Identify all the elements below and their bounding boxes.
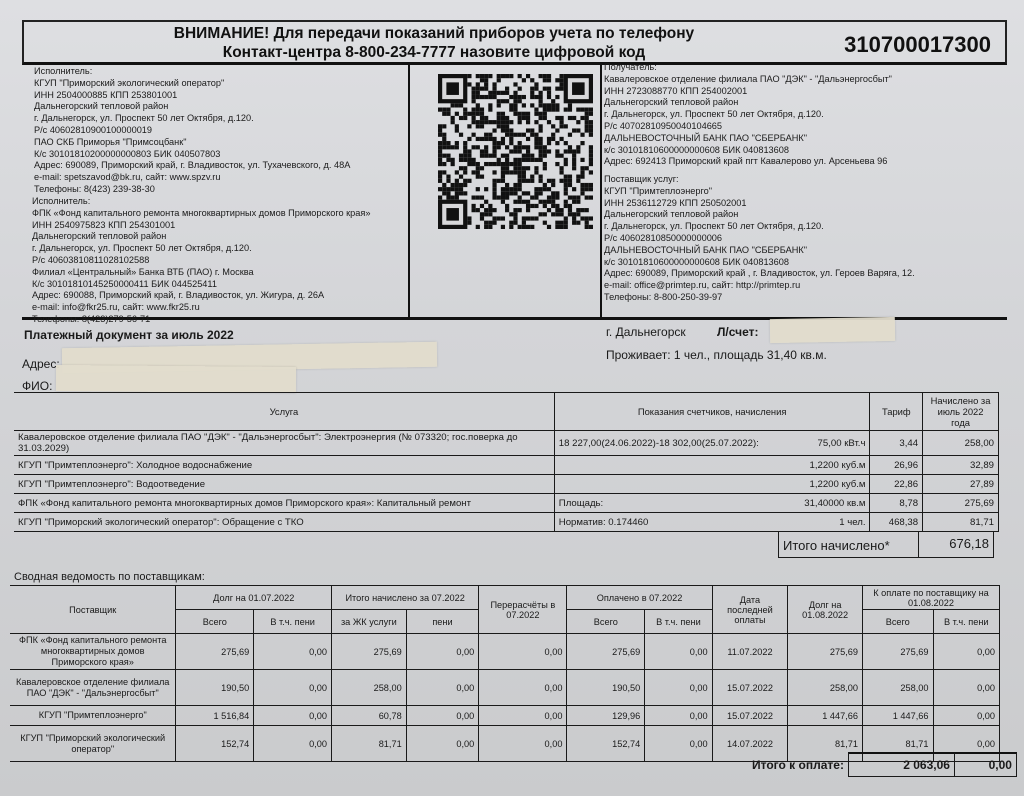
to-pay-penalty: 0,00 xyxy=(933,634,999,670)
accrued-penalty: 0,00 xyxy=(406,706,479,726)
col-debt-total: Всего xyxy=(176,610,254,634)
address-label: Адрес: xyxy=(22,357,60,371)
tariff: 8,78 xyxy=(870,494,923,513)
requisite-line: e-mail: spetszavod@bk.ru, сайт: www.spzv… xyxy=(34,172,350,184)
debt-penalty: 0,00 xyxy=(254,634,332,670)
accrued-amount: 258,00 xyxy=(923,431,999,456)
col-paid: Оплачено в 07.2022 xyxy=(567,586,712,610)
last-payment: 11.07.2022 xyxy=(712,634,788,670)
notice-line-1: ВНИМАНИЕ! Для передачи показаний приборо… xyxy=(124,24,744,43)
reading-volume: 1,2200 куб.м xyxy=(810,460,866,471)
accrued-amount: 81,71 xyxy=(923,513,999,532)
requisite-line: к/с 30101810600000000608 БИК 040813608 xyxy=(604,145,892,157)
paid-total: 129,96 xyxy=(567,706,645,726)
supplier-name: КГУП "Приморский экологический оператор" xyxy=(10,726,176,762)
service-name: ФПК «Фонд капитального ремонта многоквар… xyxy=(14,494,554,513)
accrued-amount: 275,69 xyxy=(923,494,999,513)
requisite-line: Адрес: 692413 Приморский край пгт Кавале… xyxy=(604,156,892,168)
col-accrued-services: за ЖК услуги xyxy=(332,610,407,634)
supplier-name: КГУП "Примтеплоэнерго" xyxy=(10,706,176,726)
col-recalc: Перерасчёты в 07.2022 xyxy=(479,586,567,634)
requisite-line: КГУП "Примтеплоэнерго" xyxy=(604,186,915,198)
recipient-requisites: Получатель:Кавалеровское отделение филиа… xyxy=(604,62,892,168)
last-payment: 15.07.2022 xyxy=(712,706,788,726)
block-heading: Получатель: xyxy=(604,62,892,74)
requisite-line: Р/с 40602810850000000006 xyxy=(604,233,915,245)
meter-readings: 18 227,00(24.06.2022)-18 302,00(25.07.20… xyxy=(554,431,870,456)
accrued-services: 60,78 xyxy=(332,706,407,726)
requisite-line: e-mail: office@primtep.ru, сайт: http://… xyxy=(604,280,915,292)
qr-area xyxy=(410,62,600,317)
redaction-tape xyxy=(56,365,296,393)
col-debt-start: Долг на 01.07.2022 xyxy=(176,586,332,610)
service-name: КГУП "Примтеплоэнерго": Водоотведение xyxy=(14,475,554,494)
meter-readings: 1,2200 куб.м xyxy=(554,475,870,494)
requisite-line: Р/с 40702810950040104665 xyxy=(604,121,892,133)
requisite-line: К/с 30101810200000000803 БИК 040507803 xyxy=(34,149,350,161)
redaction-tape xyxy=(770,317,895,343)
total-accrued-value: 676,18 xyxy=(919,532,993,557)
recalc: 0,00 xyxy=(479,726,567,762)
executor-capital-repair-fund-requisites: Исполнитель:ФПК «Фонд капитального ремон… xyxy=(32,196,370,326)
reading-detail: Норматив: 0.174460 xyxy=(559,517,649,528)
requisite-line: Дальнегорский тепловой район xyxy=(32,231,370,243)
to-pay-total: 275,69 xyxy=(863,634,934,670)
requisite-line: Адрес: 690089, Приморский край , г. Влад… xyxy=(604,268,915,280)
total-accrued-label: Итого начислено* xyxy=(779,532,919,557)
service-row: КГУП "Примтеплоэнерго": Водоотведение1,2… xyxy=(14,475,999,494)
requisite-line: ФПК «Фонд капитального ремонта многоквар… xyxy=(32,208,370,220)
col-tariff: Тариф xyxy=(870,393,923,431)
col-readings: Показания счетчиков, начисления xyxy=(554,393,870,431)
reading-volume: 1 чел. xyxy=(839,517,865,528)
reading-volume: 1,2200 куб.м xyxy=(810,479,866,490)
requisite-line: Телефоны: 8-800-250-39-97 xyxy=(604,292,915,304)
debt-end: 258,00 xyxy=(788,670,863,706)
col-accrued-penalty: пени xyxy=(406,610,479,634)
residents-area-info: Проживает: 1 чел., площадь 31,40 кв.м. xyxy=(606,348,827,362)
debt-end: 1 447,66 xyxy=(788,706,863,726)
requisite-line: Филиал «Центральный» Банка ВТБ (ПАО) г. … xyxy=(32,267,370,279)
debt-penalty: 0,00 xyxy=(254,726,332,762)
requisite-line: г. Дальнегорск, ул. Проспект 50 лет Октя… xyxy=(34,113,350,125)
service-row: КГУП "Примтеплоэнерго": Холодное водосна… xyxy=(14,456,999,475)
recalc: 0,00 xyxy=(479,670,567,706)
debt-total: 275,69 xyxy=(176,634,254,670)
col-to-pay-total: Всего xyxy=(863,610,934,634)
debt-penalty: 0,00 xyxy=(254,670,332,706)
service-name: КГУП "Примтеплоэнерго": Холодное водосна… xyxy=(14,456,554,475)
requisite-line: КГУП "Приморский экологический оператор" xyxy=(34,78,350,90)
to-pay-penalty: 0,00 xyxy=(933,706,999,726)
col-service: Услуга xyxy=(14,393,554,431)
accrued-penalty: 0,00 xyxy=(406,670,479,706)
supplier-row: КГУП "Примтеплоэнерго"1 516,840,0060,780… xyxy=(10,706,1000,726)
requisite-line: Адрес: 690088, Приморский край, г. Влади… xyxy=(32,290,370,302)
paid-total: 275,69 xyxy=(567,634,645,670)
account-label: Л/счет: xyxy=(717,325,758,339)
debt-total: 190,50 xyxy=(176,670,254,706)
meter-readings: 1,2200 куб.м xyxy=(554,456,870,475)
summary-title: Сводная ведомость по поставщикам: xyxy=(14,571,205,583)
paid-total: 152,74 xyxy=(567,726,645,762)
service-row: Кавалеровское отделение филиала ПАО "ДЭК… xyxy=(14,431,999,456)
requisite-line: к/с 30101810600000000608 БИК 040813608 xyxy=(604,257,915,269)
requisites-section: Исполнитель:КГУП "Приморский экологическ… xyxy=(22,62,1007,320)
requisite-line: e-mail: info@fkr25.ru, сайт: www.fkr25.r… xyxy=(32,302,370,314)
header-notice-box: ВНИМАНИЕ! Для передачи показаний приборо… xyxy=(22,20,1007,65)
meter-readings: Норматив: 0.1744601 чел. xyxy=(554,513,870,532)
col-to-pay-penalty: В т.ч. пени xyxy=(933,610,999,634)
accrued-services: 258,00 xyxy=(332,670,407,706)
services-table: Услуга Показания счетчиков, начисления Т… xyxy=(14,392,999,532)
accrued-amount: 32,89 xyxy=(923,456,999,475)
requisite-line: г. Дальнегорск, ул. Проспект 50 лет Октя… xyxy=(604,221,915,233)
supplier-name: Кавалеровское отделение филиала ПАО "ДЭК… xyxy=(10,670,176,706)
provider-requisites: Поставщик услуг:КГУП "Примтеплоэнерго"ИН… xyxy=(604,174,915,304)
paid-total: 190,50 xyxy=(567,670,645,706)
paid-penalty: 0,00 xyxy=(645,706,712,726)
requisite-line: ДАЛЬНЕВОСТОЧНЫЙ БАНК ПАО "СБЕРБАНК" xyxy=(604,245,915,257)
col-debt-penalty: В т.ч. пени xyxy=(254,610,332,634)
reading-detail: 18 227,00(24.06.2022)-18 302,00(25.07.20… xyxy=(559,438,759,449)
requisite-line: Р/с 40602810900100000019 xyxy=(34,125,350,137)
col-accrued: Начислено за июль 2022 года xyxy=(923,393,999,431)
grand-total-value: 2 063,06 xyxy=(848,752,955,777)
grand-total-label: Итого к оплате: xyxy=(752,752,848,777)
requisite-line: ИНН 2536112729 КПП 250502001 xyxy=(604,198,915,210)
recalc: 0,00 xyxy=(479,706,567,726)
reading-volume: 31,40000 кв.м xyxy=(804,498,865,509)
requisite-line: Дальнегорский тепловой район xyxy=(604,209,915,221)
requisite-line: К/с 30101810145250000411 БИК 044525411 xyxy=(32,279,370,291)
city: г. Дальнегорск xyxy=(606,325,686,339)
last-payment: 15.07.2022 xyxy=(712,670,788,706)
paid-penalty: 0,00 xyxy=(645,670,712,706)
meter-readings: Площадь:31,40000 кв.м xyxy=(554,494,870,513)
requisite-line: ПАО СКБ Приморья "Примсоцбанк" xyxy=(34,137,350,149)
col-debt-end: Долг на 01.08.2022 xyxy=(788,586,863,634)
supplier-row: Кавалеровское отделение филиала ПАО "ДЭК… xyxy=(10,670,1000,706)
tariff: 3,44 xyxy=(870,431,923,456)
header-notice: ВНИМАНИЕ! Для передачи показаний приборо… xyxy=(124,24,744,62)
col-supplier: Поставщик xyxy=(10,586,176,634)
requisite-line: ДАЛЬНЕВОСТОЧНЫЙ БАНК ПАО "СБЕРБАНК" xyxy=(604,133,892,145)
service-row: КГУП "Приморский экологический оператор"… xyxy=(14,513,999,532)
tariff: 26,96 xyxy=(870,456,923,475)
block-heading: Исполнитель: xyxy=(32,196,370,208)
reading-detail: Площадь: xyxy=(559,498,603,509)
notice-line-2: Контакт-центра 8-800-234-7777 назовите ц… xyxy=(124,43,744,62)
to-pay-penalty: 0,00 xyxy=(933,670,999,706)
reading-volume: 75,00 кВт.ч xyxy=(818,438,866,449)
requisite-line: г. Дальнегорск, ул. Проспект 50 лет Октя… xyxy=(604,109,892,121)
requisite-line: Р/с 40603810811028102588 xyxy=(32,255,370,267)
requisite-line: Дальнегорский тепловой район xyxy=(604,97,892,109)
requisite-line: ИНН 2504000885 КПП 253801001 xyxy=(34,90,350,102)
debt-end: 275,69 xyxy=(788,634,863,670)
payment-doc-title: Платежный документ за июль 2022 xyxy=(24,328,234,342)
requisite-line: ИНН 2540975823 КПП 254301001 xyxy=(32,220,370,232)
to-pay-total: 1 447,66 xyxy=(863,706,934,726)
requisite-line: г. Дальнегорск, ул. Проспект 50 лет Октя… xyxy=(32,243,370,255)
col-last-payment: Дата последней оплаты xyxy=(712,586,788,634)
debt-penalty: 0,00 xyxy=(254,706,332,726)
supplier-name: ФПК «Фонд капитального ремонта многоквар… xyxy=(10,634,176,670)
to-pay-total: 258,00 xyxy=(863,670,934,706)
requisite-line: ИНН 2723088770 КПП 254002001 xyxy=(604,86,892,98)
requisite-line: Дальнегорский тепловой район xyxy=(34,101,350,113)
recalc: 0,00 xyxy=(479,634,567,670)
service-name: Кавалеровское отделение филиала ПАО "ДЭК… xyxy=(14,431,554,456)
qr-code-icon xyxy=(438,74,593,229)
paid-penalty: 0,00 xyxy=(645,726,712,762)
col-accrued: Итого начислено за 07.2022 xyxy=(332,586,479,610)
supplier-summary-table: Поставщик Долг на 01.07.2022 Итого начис… xyxy=(10,585,1000,762)
payment-document-page: ВНИМАНИЕ! Для передачи показаний приборо… xyxy=(0,0,1024,796)
supplier-row: ФПК «Фонд капитального ремонта многоквар… xyxy=(10,634,1000,670)
grand-total: Итого к оплате: 2 063,06 0,00 xyxy=(752,752,1017,777)
fio-label: ФИО: xyxy=(22,379,52,393)
total-accrued-box: Итого начислено* 676,18 xyxy=(778,532,994,558)
service-name: КГУП "Приморский экологический оператор"… xyxy=(14,513,554,532)
grand-total-penalty: 0,00 xyxy=(955,752,1017,777)
col-to-pay: К оплате по поставщику на 01.08.2022 xyxy=(863,586,1000,610)
accrued-services: 81,71 xyxy=(332,726,407,762)
debt-total: 1 516,84 xyxy=(176,706,254,726)
divider xyxy=(600,62,602,317)
tariff: 22,86 xyxy=(870,475,923,494)
accrued-penalty: 0,00 xyxy=(406,726,479,762)
requisite-line: Кавалеровское отделение филиала ПАО "ДЭК… xyxy=(604,74,892,86)
col-paid-total: Всего xyxy=(567,610,645,634)
requisite-line: Телефоны: 8(423) 239-38-30 xyxy=(34,184,350,196)
col-paid-penalty: В т.ч. пени xyxy=(645,610,712,634)
block-heading: Поставщик услуг: xyxy=(604,174,915,186)
accrued-penalty: 0,00 xyxy=(406,634,479,670)
block-heading: Исполнитель: xyxy=(34,66,350,78)
paid-penalty: 0,00 xyxy=(645,634,712,670)
accrued-services: 275,69 xyxy=(332,634,407,670)
service-row: ФПК «Фонд капитального ремонта многоквар… xyxy=(14,494,999,513)
requisite-line: Телефоны: 8(423)279-56-71 xyxy=(32,314,370,326)
tariff: 468,38 xyxy=(870,513,923,532)
accrued-amount: 27,89 xyxy=(923,475,999,494)
executor-eco-operator-requisites: Исполнитель:КГУП "Приморский экологическ… xyxy=(34,66,350,196)
debt-total: 152,74 xyxy=(176,726,254,762)
digital-code: 310700017300 xyxy=(844,32,991,58)
requisite-line: Адрес: 690089, Приморский край, г. Влади… xyxy=(34,160,350,172)
